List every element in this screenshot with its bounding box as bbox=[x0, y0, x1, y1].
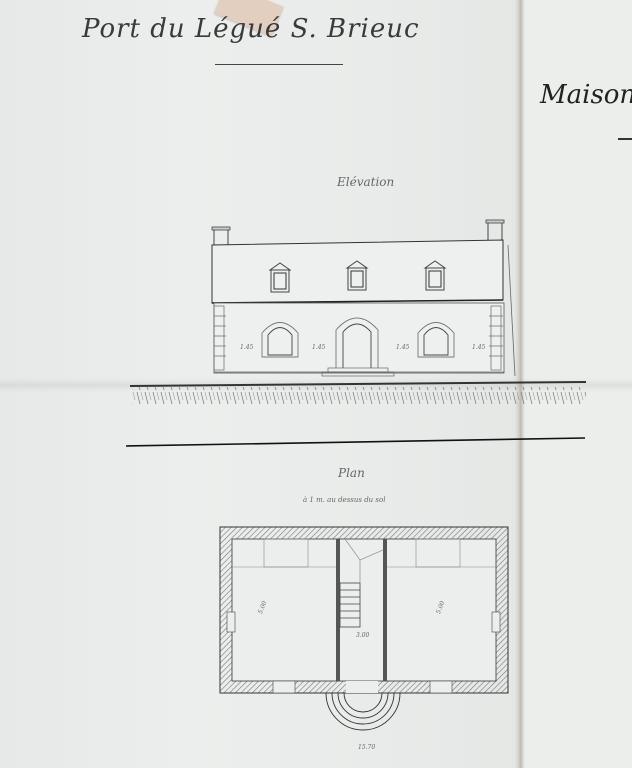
scale-note: 15.70 bbox=[358, 744, 375, 751]
elevation-dimension-3: 1.45 bbox=[396, 344, 409, 351]
floor-plan bbox=[220, 527, 508, 730]
elevation-dimension-1: 1.45 bbox=[240, 344, 253, 351]
drawing-sheet: Port du Légué S. Brieuc Maison Elévation bbox=[0, 0, 632, 768]
section-separator bbox=[126, 438, 585, 446]
ground-hatching bbox=[130, 382, 586, 405]
architectural-drawing bbox=[0, 0, 632, 768]
plan-sublabel: à 1 m. au dessus du sol bbox=[303, 496, 385, 504]
elevation-dimension-4: 1.45 bbox=[472, 344, 485, 351]
plan-label: Plan bbox=[338, 466, 365, 480]
elevation-dimension-2: 1.45 bbox=[312, 344, 325, 351]
elevation-drawing bbox=[212, 220, 515, 376]
room-dimension-hall: 3.00 bbox=[356, 632, 369, 639]
